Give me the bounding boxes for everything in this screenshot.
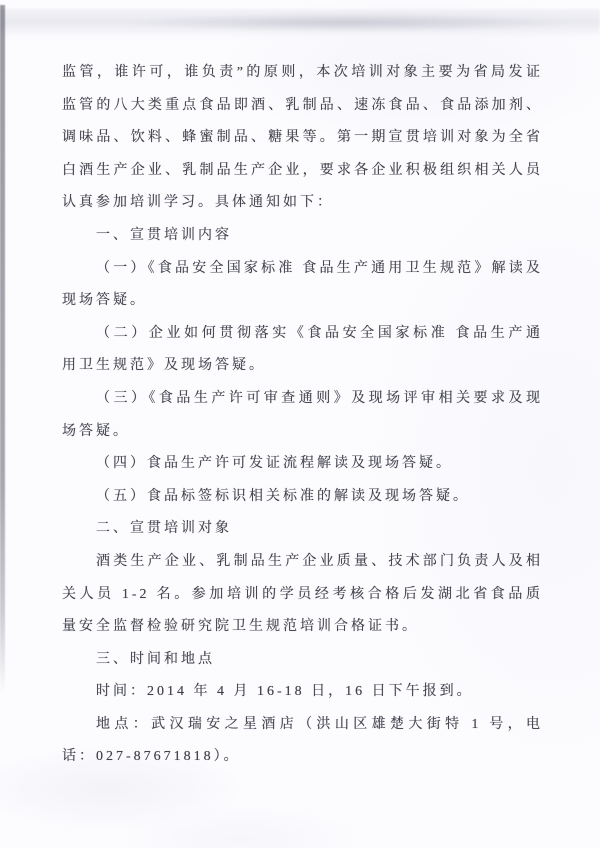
scanned-document-page: 监管，谁许可，谁负责”的原则，本次培训对象主要为省局发证监管的八大类重点食品即酒… [0, 0, 600, 848]
document-body: 监管，谁许可，谁负责”的原则，本次培训对象主要为省局发证监管的八大类重点食品即酒… [62, 57, 543, 774]
training-content-item-2: （二）企业如何贯彻落实《食品安全国家标准 食品生产通用卫生规范》及现场答疑。 [62, 318, 543, 383]
section-1-heading: 一、宣贯培训内容 [62, 220, 543, 253]
training-content-item-5: （五）食品标签标识相关标准的解读及现场答疑。 [62, 481, 543, 514]
time-line: 时间：2014 年 4 月 16-18 日，16 日下午报到。 [62, 676, 543, 709]
training-content-item-1: （一）《食品安全国家标准 食品生产通用卫生规范》解读及现场答疑。 [62, 253, 543, 318]
venue-line: 地点：武汉瑞安之星酒店（洪山区雄楚大街特 1 号，电话：027-87671818… [62, 709, 543, 774]
scan-artifact-left-edge [0, 5, 5, 693]
intro-paragraph: 监管，谁许可，谁负责”的原则，本次培训对象主要为省局发证监管的八大类重点食品即酒… [62, 57, 543, 220]
scan-artifact-top-band [0, 9, 600, 39]
training-content-item-4: （四）食品生产许可发证流程解读及现场答疑。 [62, 448, 543, 481]
trainees-paragraph: 酒类生产企业、乳制品生产企业质量、技术部门负责人及相关人员 1-2 名。参加培训… [62, 546, 543, 644]
section-3-heading: 三、时间和地点 [62, 644, 543, 677]
section-2-heading: 二、宣贯培训对象 [62, 513, 543, 546]
training-content-item-3: （三）《食品生产许可审查通则》及现场评审相关要求及现场答疑。 [62, 383, 543, 448]
